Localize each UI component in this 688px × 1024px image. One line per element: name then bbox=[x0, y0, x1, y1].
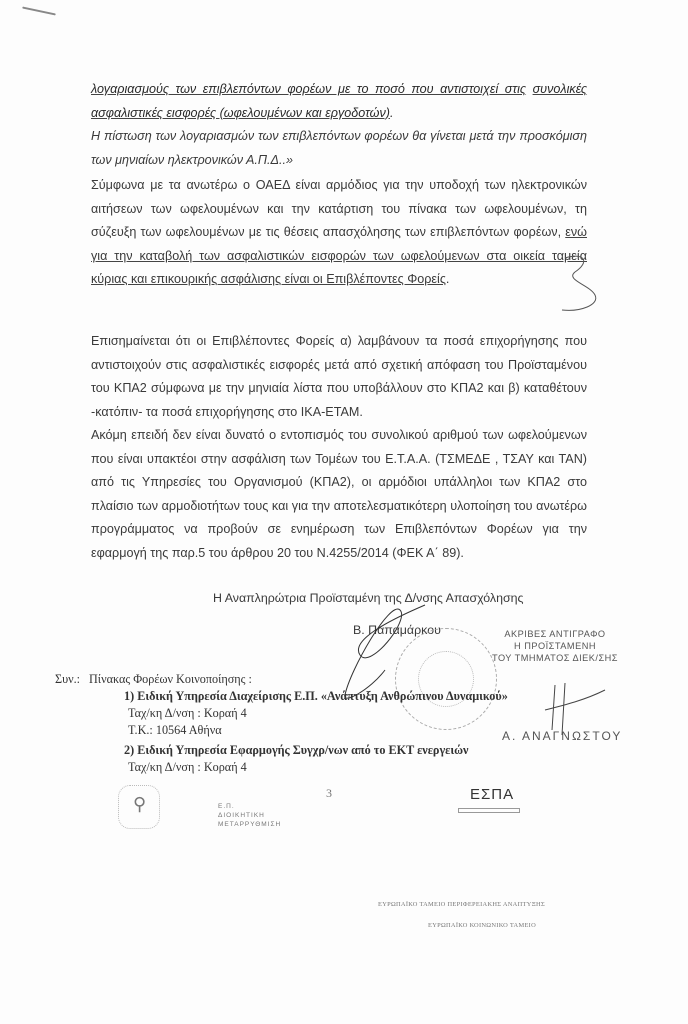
ep-line-2: ΔΙΟΙΚΗΤΙΚΗ bbox=[218, 811, 281, 820]
paragraph-supervising-bodies: Επισημαίνεται ότι οι Επιβλέποντες Φορείς… bbox=[91, 330, 587, 424]
period: . bbox=[446, 272, 450, 286]
paragraph-supervising-bodies-text: Επισημαίνεται ότι οι Επιβλέποντες Φορείς… bbox=[91, 330, 587, 424]
cc-item-2-address: Ταχ/κη Δ/νση : Κοραή 4 bbox=[128, 759, 247, 776]
period: . bbox=[390, 106, 394, 120]
ep-administrative-reform: Ε.Π. ΔΙΟΙΚΗΤΙΚΗ ΜΕΤΑΡΡΥΘΜΙΣΗ bbox=[218, 802, 281, 829]
paragraph-etaa-text: Ακόμη επειδή δεν είναι δυνατό ο εντοπισμ… bbox=[91, 424, 587, 566]
figure-icon: ⚲ bbox=[133, 794, 146, 815]
scanned-document-page: λογαριασμούς των επιβλεπόντων φορέων με … bbox=[0, 0, 688, 1024]
page-number: 3 bbox=[326, 786, 332, 801]
espa-logo: ΕΣΠΑ bbox=[470, 786, 514, 803]
cc-label: Συν.: bbox=[55, 671, 80, 688]
esf-label: ΕΥΡΩΠΑΪΚΟ ΚΟΙΝΩΝΙΚΟ ΤΑΜΕΙΟ bbox=[428, 922, 536, 929]
certified-copy-line-1: ΑΚΡΙΒΕΣ ΑΝΤΙΓΡΑΦΟ bbox=[470, 628, 640, 640]
certifier-name: Α. ΑΝΑΓΝΩΣΤΟΥ bbox=[502, 729, 622, 743]
erdf-label: ΕΥΡΩΠΑΪΚΟ ΤΑΜΕΙΟ ΠΕΡΙΦΕΡΕΙΑΚΗΣ ΑΝΑΠΤΥΞΗΣ bbox=[378, 901, 545, 908]
ep-line-3: ΜΕΤΑΡΡΥΘΜΙΣΗ bbox=[218, 820, 281, 829]
certified-copy-line-2: Η ΠΡΟΪΣΤΑΜΕΝΗ bbox=[470, 640, 640, 652]
certified-copy-stamp: ΑΚΡΙΒΕΣ ΑΝΤΙΓΡΑΦΟ Η ΠΡΟΪΣΤΑΜΕΝΗ ΤΟΥ ΤΜΗΜ… bbox=[470, 628, 640, 664]
paragraph-oaed: Σύμφωνα με τα ανωτέρω ο ΟΑΕΔ είναι αρμόδ… bbox=[91, 174, 587, 292]
cc-item-1-postal: Τ.Κ.: 10564 Αθήνα bbox=[128, 722, 222, 739]
underlined-text-line-1: λογαριασμούς των επιβλεπόντων φορέων με … bbox=[91, 82, 526, 96]
ep-line-1: Ε.Π. bbox=[218, 802, 281, 811]
cc-item-1-title: 1) Ειδική Υπηρεσία Διαχείρισης Ε.Π. «Ανά… bbox=[124, 688, 508, 705]
cc-item-2-title: 2) Ειδική Υπηρεσία Εφαρμογής Συγχρ/νων α… bbox=[124, 742, 469, 759]
paragraph-oaed-text: Σύμφωνα με τα ανωτέρω ο ΟΑΕΔ είναι αρμόδ… bbox=[91, 178, 587, 239]
paragraph-etaa: Ακόμη επειδή δεν είναι δυνατό ο εντοπισμ… bbox=[91, 424, 587, 566]
espa-bar bbox=[458, 808, 520, 813]
italic-paragraph: Η πίστωση των λογαριασμών των επιβλεπόντ… bbox=[91, 125, 587, 172]
scan-mark bbox=[22, 6, 56, 15]
cc-item-1-address: Ταχ/κη Δ/νση : Κοραή 4 bbox=[128, 705, 247, 722]
ep-logo: ⚲ bbox=[118, 785, 160, 829]
paragraph-accounts: λογαριασμούς των επιβλεπόντων φορέων με … bbox=[91, 78, 587, 172]
cc-heading: Πίνακας Φορέων Κοινοποίησης : bbox=[89, 671, 252, 688]
signer-title: Η Αναπληρώτρια Προϊσταμένη της Δ/νσης Απ… bbox=[213, 591, 524, 605]
certified-copy-line-3: ΤΟΥ ΤΜΗΜΑΤΟΣ ΔΙΕΚ/ΣΗΣ bbox=[470, 652, 640, 664]
